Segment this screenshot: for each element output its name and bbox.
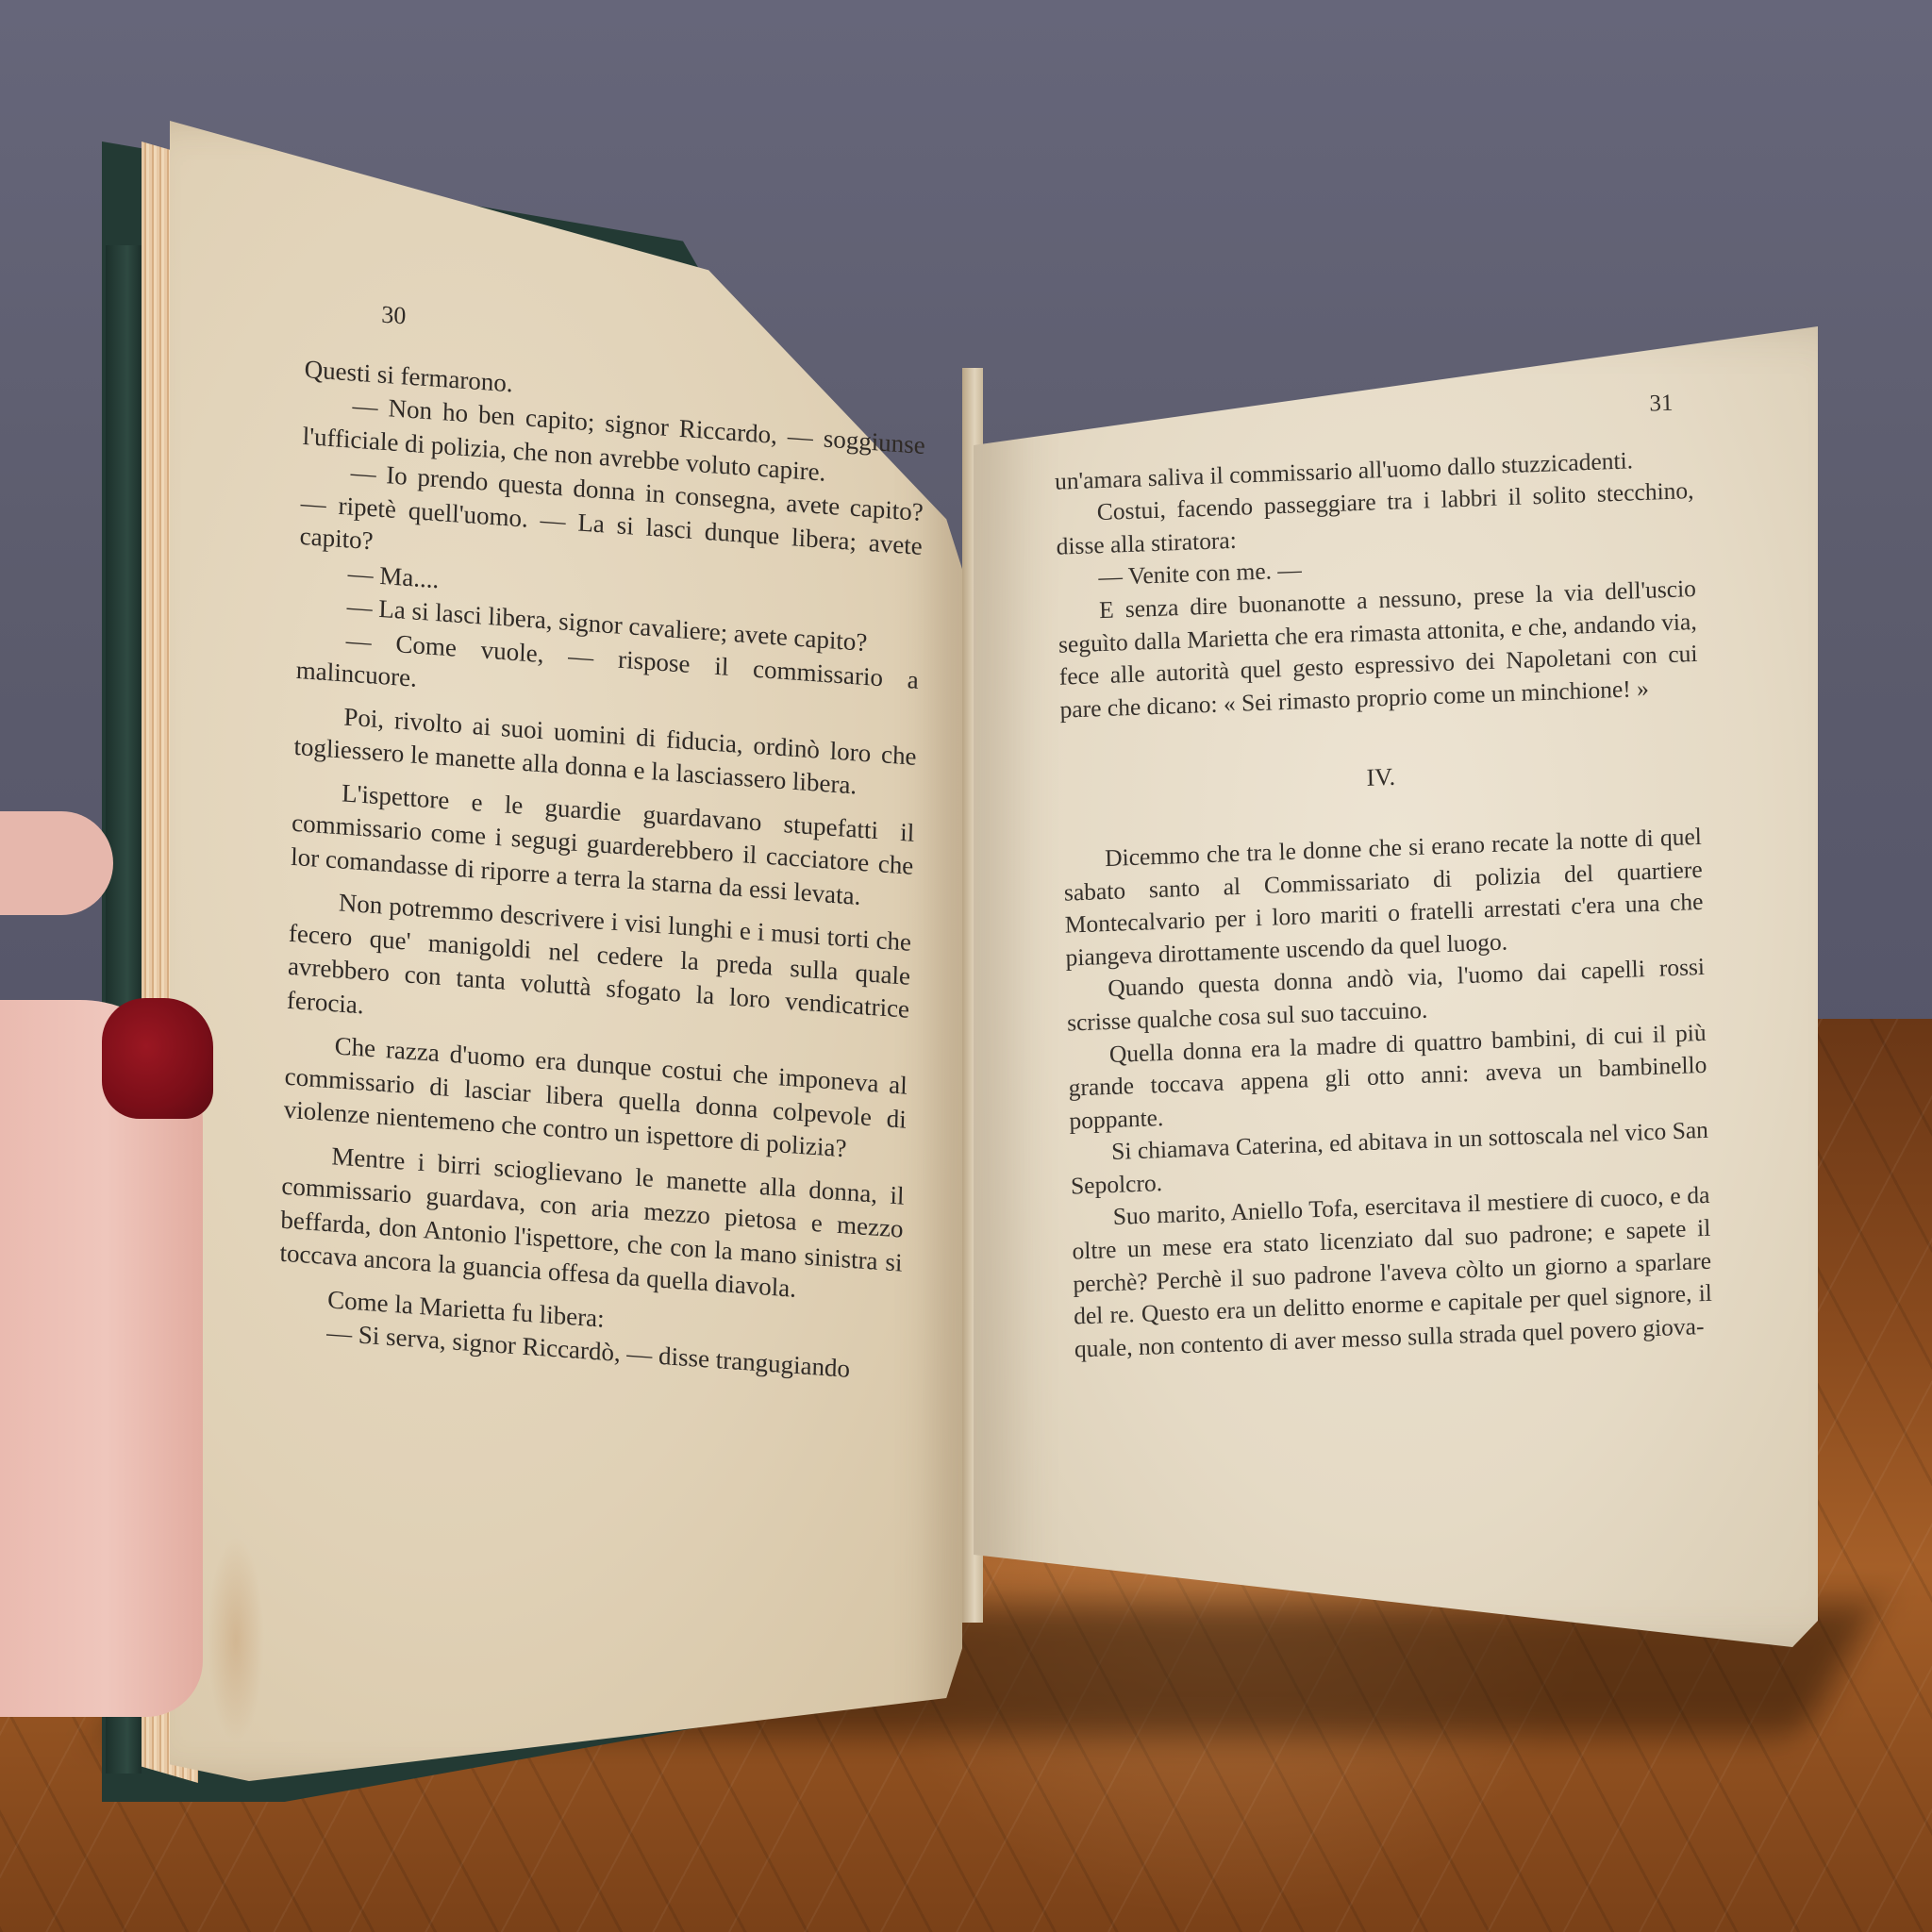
paragraph: Suo marito, Aniello Tofa, esercitava il … [1071, 1179, 1713, 1366]
paragraph: E senza dire buonanotte a nessuno, prese… [1058, 573, 1699, 726]
hand-finger [0, 811, 113, 915]
chapter-heading: IV. [1061, 750, 1700, 806]
paragraph: Dicemmo che tra le donne che si erano re… [1063, 821, 1705, 974]
red-nail-polish [102, 998, 213, 1119]
paper-stain [208, 1536, 264, 1743]
right-page-text: 31 un'amara saliva il commissario all'uo… [1053, 387, 1713, 1366]
left-page-text: 30 Questi si fermarono. — Non ho ben cap… [277, 292, 928, 1390]
